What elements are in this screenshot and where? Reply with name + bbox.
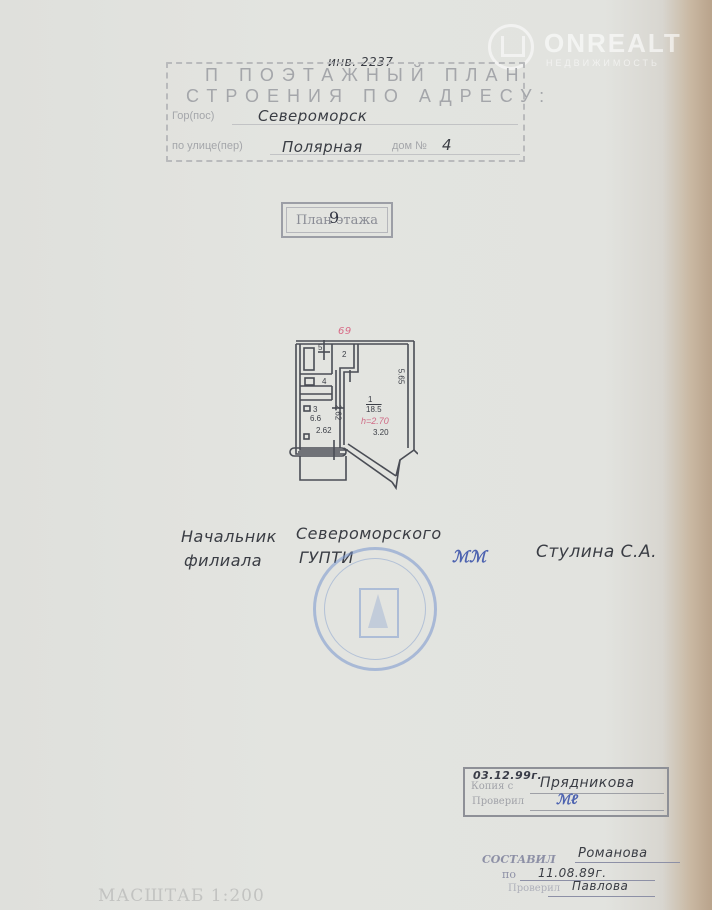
composed-date-label: по bbox=[502, 868, 516, 881]
city-value: Североморск bbox=[258, 107, 367, 125]
watermark-brand: ONREALT bbox=[544, 28, 682, 59]
composed-checked-underline bbox=[548, 896, 655, 897]
room-3-length: 2.62 bbox=[333, 405, 342, 421]
floor-number: 9 bbox=[329, 208, 339, 227]
room-4-label: 4 bbox=[322, 377, 326, 386]
scanned-document-page: ONREALT НЕДВИЖИМОСТЬ инв. 2237 П ПОЭТАЖН… bbox=[0, 0, 712, 910]
room-1-label: 1 bbox=[368, 395, 372, 404]
signature-scribble: ℳℳ bbox=[452, 547, 486, 567]
watermark-subtitle: НЕДВИЖИМОСТЬ bbox=[546, 58, 660, 68]
composed-by: Романова bbox=[578, 846, 648, 861]
signatory-title-1: Начальник bbox=[181, 527, 277, 546]
stamp-title-line2: СТРОЕНИЯ ПО АДРЕСУ: bbox=[186, 86, 552, 107]
checked-signature: ℳℓ bbox=[556, 791, 578, 808]
room-1-width: 3.20 bbox=[373, 428, 389, 437]
round-seal-icon bbox=[313, 547, 437, 671]
house-value: 4 bbox=[442, 136, 452, 154]
checked-label: Проверил bbox=[472, 796, 524, 807]
room-1-area: 18.5 bbox=[366, 405, 382, 414]
stamp-title-line1: П ПОЭТАЖНЫЙ ПЛАН bbox=[205, 65, 526, 86]
room-3-label: 3 bbox=[313, 405, 317, 414]
composed-label: СОСТАВИЛ bbox=[482, 853, 556, 866]
copy-label: Копия с bbox=[471, 781, 513, 792]
room-5-label: 5 bbox=[318, 343, 322, 352]
apartment-floor-plan bbox=[288, 330, 418, 490]
house-label: дом № bbox=[392, 140, 427, 152]
room-3-width: 2.62 bbox=[316, 426, 332, 435]
signatory-title-2: Североморского bbox=[296, 524, 442, 543]
composed-checked-label: Проверил bbox=[508, 883, 560, 894]
composed-date: 11.08.89г. bbox=[538, 866, 607, 880]
copy-underline bbox=[530, 793, 664, 794]
apartment-number: 69 bbox=[338, 326, 352, 337]
copy-by: Прядникова bbox=[540, 775, 635, 791]
checked-underline bbox=[530, 810, 664, 811]
room-3-area: 6.6 bbox=[310, 414, 321, 423]
room-1-length: 5.65 bbox=[396, 369, 405, 385]
ceiling-height: h=2.70 bbox=[361, 416, 389, 426]
signatory-name: Стулина С.А. bbox=[536, 542, 657, 562]
scale-label: МАСШТАБ 1:200 bbox=[98, 886, 265, 906]
city-label: Гор(пос) bbox=[172, 110, 214, 122]
street-value: Полярная bbox=[282, 138, 363, 156]
street-label: по улице(пер) bbox=[172, 140, 243, 152]
signatory-title-3: филиала bbox=[184, 551, 262, 570]
composed-underline bbox=[575, 862, 680, 863]
composed-checked-by: Павлова bbox=[572, 879, 628, 893]
room-2-label: 2 bbox=[342, 350, 346, 359]
